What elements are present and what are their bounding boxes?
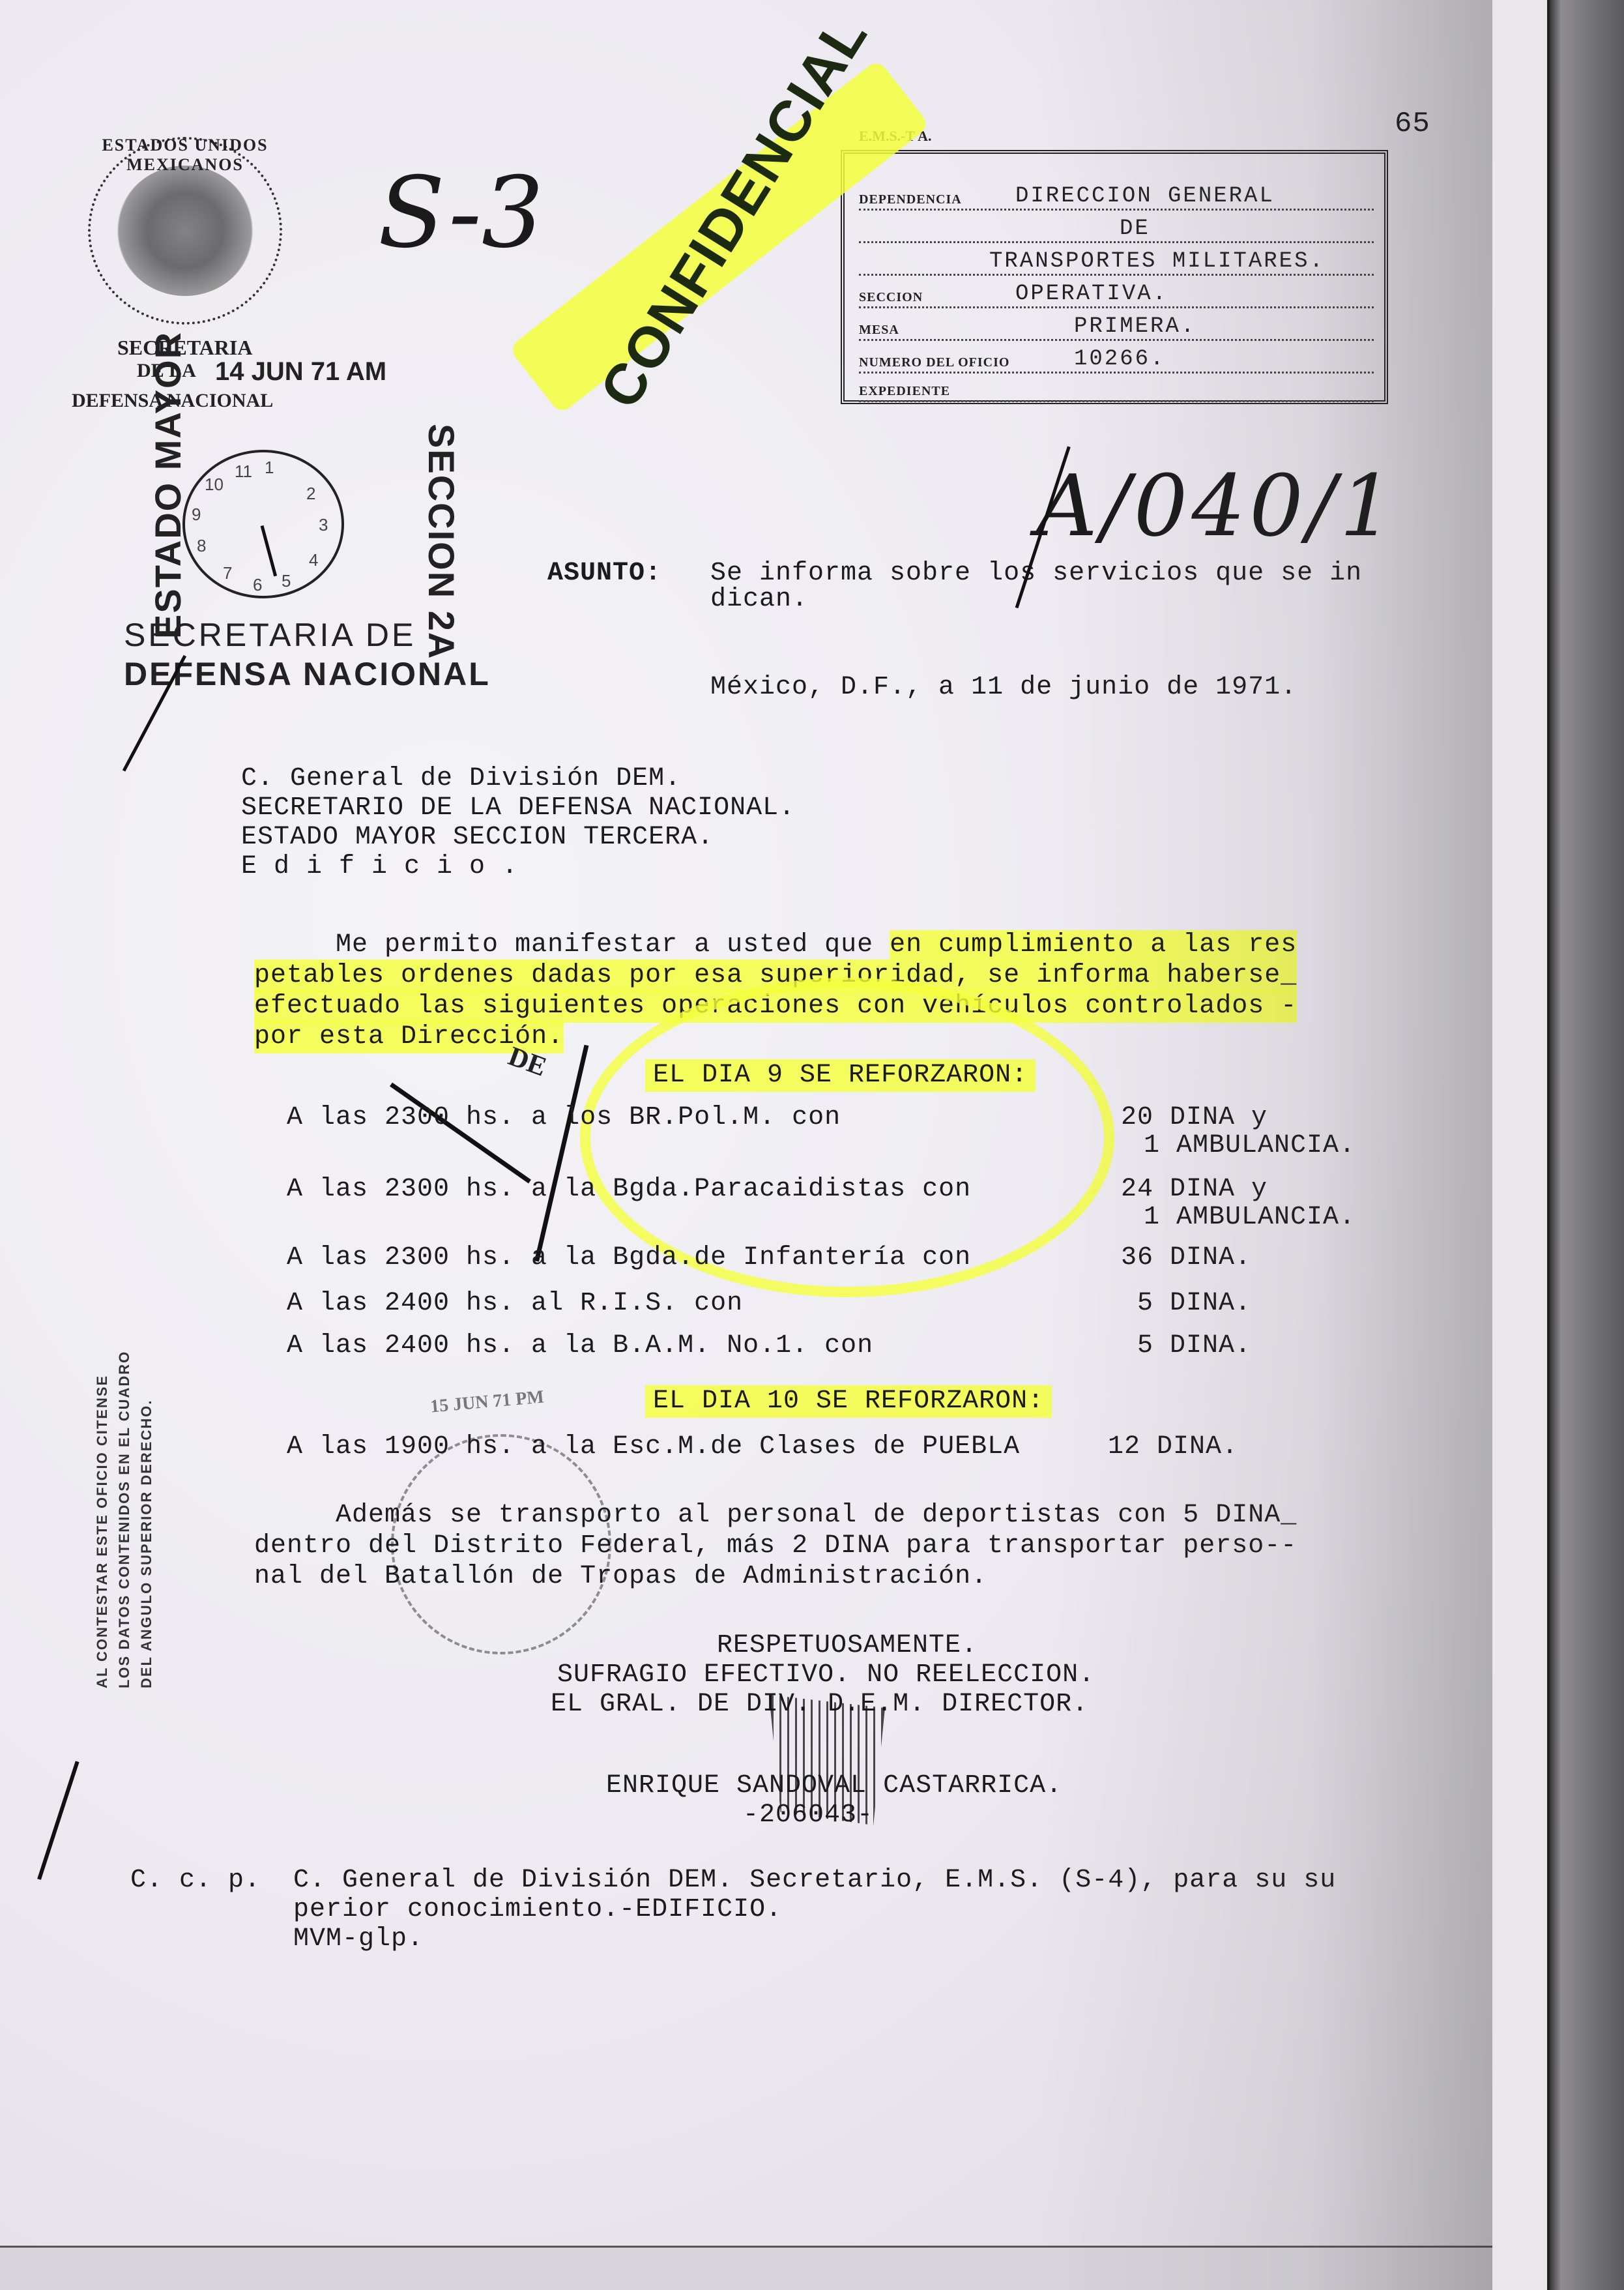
subject-line2: dican. (710, 583, 808, 616)
day9-row: A las 2300 hs. a los BR.Pol.M. con (287, 1102, 841, 1134)
received-stamp-date: 14 JUN 71 AM (215, 357, 386, 387)
dial-number: 11 (235, 462, 252, 482)
box-label: DEPENDENCIA (859, 192, 962, 207)
intro-highlight: en cumplimiento a las res (890, 930, 1297, 960)
box-row-mesa: MESA PRIMERA. (859, 310, 1374, 341)
day9-qty: 5 DINA. (1121, 1287, 1251, 1320)
signatory-id: -206043- (743, 1799, 873, 1832)
box-value: DIRECCION GENERAL (1015, 184, 1275, 209)
box-label: MESA (859, 323, 899, 338)
box-value: TRANSPORTES MILITARES. (989, 249, 1325, 274)
clock-stamp-bottom-line2: DEFENSA NACIONAL (124, 655, 491, 693)
office-header-box: DEPENDENCIA DIRECCION GENERAL DE TRANSPO… (841, 150, 1388, 404)
day9-heading: EL DIA 9 SE REFORZARON: (645, 1059, 1036, 1092)
dial-number: 6 (253, 575, 262, 595)
page-bottom-edge (0, 2246, 1492, 2290)
box-label: NUMERO DEL OFICIO (859, 355, 1009, 370)
subject-label: ASUNTO: (547, 557, 661, 590)
underlying-sheet-edge (1486, 0, 1550, 2290)
day9-qty2: 1 AMBULANCIA. (1144, 1201, 1356, 1234)
box-value: OPERATIVA. (1015, 282, 1168, 306)
box-value: PRIMERA. (1074, 314, 1196, 339)
confidential-stamp: CONFIDENCIAL (587, 4, 881, 420)
additional-line: nal del Batallón de Tropas de Administra… (254, 1561, 987, 1593)
handwritten-section-mark: S-3 (378, 156, 544, 270)
dial-number: 3 (319, 515, 328, 535)
box-row-de: DE (859, 213, 1374, 243)
clock-stamp-bottom-line1: SECRETARIA DE (124, 616, 416, 654)
faint-received-stamp: 15 JUN 71 PM (429, 1387, 545, 1417)
clock-stamp-right-text: SECCION 2A (420, 424, 463, 660)
box-row-dependencia: DEPENDENCIA DIRECCION GENERAL (859, 180, 1374, 211)
dial-number: 2 (306, 484, 315, 504)
clock-hand (261, 525, 278, 577)
dial-number: 10 (205, 475, 224, 495)
box-value: 10266. (1074, 347, 1165, 372)
day10-row: A las 1900 hs. a la Esc.M.de Clases de P… (287, 1431, 1020, 1463)
day9-row: A las 2300 hs. a la Bgda.Paracaidistas c… (287, 1173, 971, 1206)
box-row-expediente: EXPEDIENTE (859, 372, 1374, 402)
cc-line1: C. General de División DEM. Secretario, … (293, 1864, 1336, 1897)
day9-row: A las 2300 hs. a la Bgda.de Infantería c… (287, 1242, 971, 1274)
box-row-numero-oficio: NUMERO DEL OFICIO 10266. (859, 343, 1374, 374)
day9-qty2: 1 AMBULANCIA. (1144, 1130, 1356, 1162)
box-row-transportes: TRANSPORTES MILITARES. (859, 245, 1374, 276)
additional-line: dentro del Distrito Federal, más 2 DINA … (254, 1530, 1297, 1563)
dial-number: 7 (223, 563, 232, 583)
day9-row: A las 2400 hs. a la B.A.M. No.1. con (287, 1330, 873, 1362)
recipient-line: SECRETARIO DE LA DEFENSA NACIONAL. (241, 792, 795, 825)
handwritten-initials (37, 1761, 79, 1880)
day9-row: A las 2400 hs. al R.I.S. con (287, 1287, 743, 1320)
dial-number: 9 (192, 505, 201, 525)
handwritten-file-reference: A/040/1 (1036, 456, 1397, 555)
day9-qty: 36 DINA. (1121, 1242, 1251, 1274)
signatory-name: ENRIQUE SANDOVAL CASTARRICA. (606, 1770, 1062, 1802)
clock-stamp-left-text: ESTADO MAYOR (147, 331, 189, 639)
dial-number: 5 (282, 571, 291, 591)
box-row-seccion: SECCION OPERATIVA. (859, 278, 1374, 308)
side-note-line: DEL ANGULO SUPERIOR DERECHO. (138, 1400, 154, 1688)
clock-dial-icon: 1 2 3 4 5 6 7 8 9 10 11 (182, 450, 344, 598)
recipient-line: ESTADO MAYOR SECCION TERCERA. (241, 821, 714, 854)
seal-ring-text: ESTADOS UNIDOS MEXICANOS (91, 136, 280, 175)
cc-line2: perior conocimiento.-EDIFICIO. (293, 1894, 782, 1926)
recipient-line: E d i f i c i o . (241, 851, 518, 883)
closing-respetuosamente: RESPETUOSAMENTE. (717, 1630, 978, 1662)
recipient-line: C. General de División DEM. (241, 763, 681, 795)
box-label: EXPEDIENTE (859, 384, 950, 399)
place-date: México, D.F., a 11 de junio de 1971. (710, 671, 1297, 704)
intro-line1: Me permito manifestar a usted que en cum… (254, 929, 1297, 962)
cc-line3: MVM-glp. (293, 1923, 424, 1956)
mexican-eagle-seal-icon: ESTADOS UNIDOS MEXICANOS (88, 137, 282, 325)
side-note-line: LOS DATOS CONTENIDOS EN EL CUADRO (116, 1351, 132, 1688)
day10-qty: 12 DINA. (1108, 1431, 1238, 1463)
side-note-line: AL CONTESTAR ESTE OFICIO CITENSE (94, 1375, 110, 1688)
eagle-emblem-icon (117, 166, 254, 296)
document-page: 65 E.M.S.-T A. ESTADOS UNIDOS MEXICANOS … (0, 0, 1492, 2290)
dial-number: 8 (197, 536, 206, 556)
page-number: 65 (1395, 108, 1430, 140)
intro-text: Me permito manifestar a usted que (254, 930, 890, 960)
day10-heading: EL DIA 10 SE REFORZARON: (645, 1385, 1052, 1418)
additional-line: Además se transporto al personal de depo… (254, 1499, 1297, 1532)
day9-qty: 5 DINA. (1121, 1330, 1251, 1362)
box-label: SECCION (859, 290, 923, 305)
dial-number: 1 (265, 458, 274, 478)
closing-motto: SUFRAGIO EFECTIVO. NO REELECCION. (557, 1659, 1095, 1692)
cc-prefix: C. c. p. (130, 1864, 261, 1897)
dial-number: 4 (309, 550, 318, 570)
side-instruction-note: AL CONTESTAR ESTE OFICIO CITENSE LOS DAT… (91, 1351, 158, 1688)
pen-stroke (534, 1045, 588, 1262)
box-value: DE (1120, 216, 1150, 241)
